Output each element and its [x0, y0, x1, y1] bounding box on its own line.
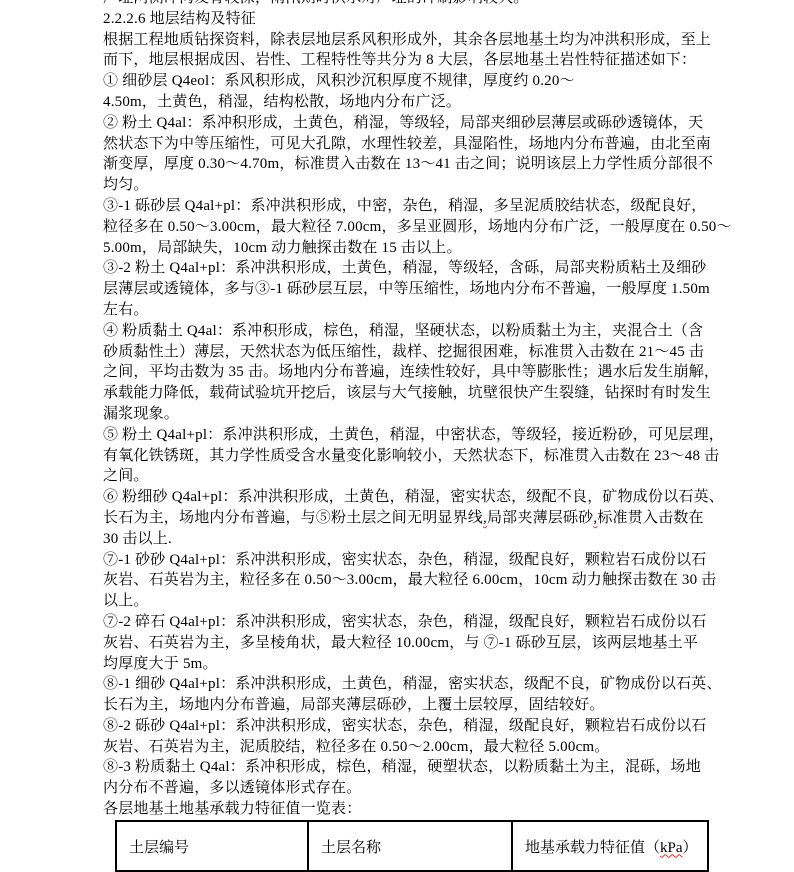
bearing-capacity-table: 土层编号 土层名称 地基承载力特征值（kPa） [115, 820, 709, 872]
doc-line-layer-4: ④ 粉质黏土 Q4al：系冲积形成，棕色，稍湿，坚硬状态，以粉质黏土为主，夹混合… [103, 321, 688, 342]
doc-line: 灰岩、石英岩为主，多呈棱角状，最大粒径 10.00cm，与 ⑦-1 砾砂互层，该… [103, 633, 688, 654]
doc-line: 漏浆现象。 [103, 404, 688, 425]
document-body: 厂址两侧冲沟发育较深，雨汛期时洪水对厂址的冲刷影响较大。 2.2.2.6 地层结… [103, 0, 688, 820]
doc-line-layer-1: ① 细砂层 Q4eol：系风积形成，风积沙沉积厚度不规律，厚度约 0.20～ [103, 71, 688, 92]
doc-line: 粒径多在 0.50～3.00cm，最大粒径 7.00cm，多呈亚圆形，场地内分布… [103, 217, 688, 238]
table-caption: 各层地基土地基承载力特征值一览表： [103, 799, 688, 820]
doc-line-layer-2: ② 粉土 Q4al：系冲积形成，土黄色，稍湿，等级轻，局部夹细砂层薄层或砾砂透镜… [103, 113, 688, 134]
column-header-soil-layer-name: 土层名称 [308, 821, 512, 871]
doc-line: 5.00m，局部缺失，10cm 动力触探击数在 15 击以上。 [103, 238, 688, 259]
section-heading: 2.2.2.6 地层结构及特征 [103, 9, 688, 30]
doc-line: 内分布不普遍，多以透镜体形式存在。 [103, 778, 688, 799]
table-header-row: 土层编号 土层名称 地基承载力特征值（kPa） [116, 821, 708, 871]
doc-line: 均厚度大于 5m。 [103, 654, 688, 675]
doc-line: 灰岩、石英岩为主，泥质胶结，粒径多在 0.50～2.00cm，最大粒径 5.00… [103, 737, 688, 758]
doc-line-layer-7-1: ⑦-1 砂砂 Q4al+pl：系冲洪积形成，密实状态，杂色，稍湿，级配良好，颗粒… [103, 550, 688, 571]
doc-line: 有氧化铁锈斑，其力学性质受含水量变化影响较小，天然状态下，标准贯入击数在 23～… [103, 446, 688, 467]
doc-line-layer-8-1: ⑧-1 细砂 Q4al+pl：系冲洪积形成，土黄色，稍湿，密实状态，级配不良，矿… [103, 674, 688, 695]
doc-line: 左右。 [103, 300, 688, 321]
doc-line-layer-3-2: ③-2 粉土 Q4al+pl：系冲洪积形成，土黄色，稍湿，等级轻，含砾，局部夹粉… [103, 258, 688, 279]
doc-line: 之间，平均击数为 35 击。场地内分布普遍，连续性较好，具中等膨胀性；遇水后发生… [103, 362, 688, 383]
doc-line: 以上。 [103, 591, 688, 612]
doc-line: 灰岩、石英岩为主，粒径多在 0.50～3.00cm，最大粒径 6.00cm，10… [103, 570, 688, 591]
column-header-soil-layer-number: 土层编号 [116, 821, 308, 871]
doc-line-layer-5: ⑤ 粉土 Q4al+pl：系冲洪积形成，土黄色，稍湿，中密状态，等级轻，接近粉砂… [103, 425, 688, 446]
header-text-suffix: ） [683, 840, 698, 856]
doc-line: 砂质黏性土）薄层，天然状态为低压缩性，裁样、挖掘很困难，标准贯入击数在 21～4… [103, 342, 688, 363]
doc-line: 长石为主，场地内分布普遍，与⑤粉土层之间无明显界线,局部夹薄层砾砂,标准贯入击数… [103, 508, 688, 529]
doc-line-layer-8-3: ⑧-3 粉质黏土 Q4al：系冲积形成，棕色，稍湿，硬塑状态，以粉质黏土为主，混… [103, 757, 688, 778]
column-header-bearing-capacity: 地基承载力特征值（kPa） [512, 821, 708, 871]
doc-line: 而下，地层根据成因、岩性、工程特性等共分为 8 大层，各层地基土岩性特征描述如下… [103, 50, 688, 71]
doc-line: 均匀。 [103, 175, 688, 196]
header-text-prefix: 地基承载力特征值（ [525, 840, 660, 856]
clipped-paragraph-line: 厂址两侧冲沟发育较深，雨汛期时洪水对厂址的冲刷影响较大。 [103, 0, 688, 9]
doc-line: 长石为主，场地内分布普遍，局部夹薄层砾砂，上覆土层较厚，固结较好。 [103, 695, 688, 716]
doc-line-layer-7-2: ⑦-2 碎石 Q4al+pl：系冲洪积形成，密实状态，杂色，稍湿，级配良好，颗粒… [103, 612, 688, 633]
doc-line: 渐变厚，厚度 0.30～4.70m，标准贯入击数在 13～41 击之间；说明该层… [103, 154, 688, 175]
doc-line: 然状态下为中等压缩性，可见大孔隙，水理性较差，具湿陷性，场地内分布普遍，由北至南 [103, 134, 688, 155]
doc-line: 30 击以上. [103, 529, 688, 550]
doc-line: 层薄层或透镜体，多与③-1 砾砂层互层，中等压缩性，场地内分布不普遍，一般厚度 … [103, 279, 688, 300]
doc-line-layer-8-2: ⑧-2 砾砂 Q4al+pl：系冲洪积形成，密实状态，杂色，稍湿，级配良好，颗粒… [103, 716, 688, 737]
doc-line-layer-6: ⑥ 粉细砂 Q4al+pl：系冲洪积形成，土黄色，稍湿，密实状态，级配不良，矿物… [103, 487, 688, 508]
doc-line-layer-3-1: ③-1 砾砂层 Q4al+pl：系冲洪积形成，中密，杂色，稍湿，多呈泥质胶结状态… [103, 196, 688, 217]
doc-line: 承载能力降低，载荷试验坑开挖后，该层与大气接触，坑壁很快产生裂缝，钻探时有时发生 [103, 383, 688, 404]
doc-line: 4.50m，土黄色，稍湿，结构松散，场地内分布广泛。 [103, 92, 688, 113]
doc-line: 之间。 [103, 466, 688, 487]
doc-line: 根据工程地质钻探资料，除表层地层系风积形成外，其余各层地基土均为冲洪积形成，至上 [103, 30, 688, 51]
unit-kpa: kPa [660, 840, 683, 856]
